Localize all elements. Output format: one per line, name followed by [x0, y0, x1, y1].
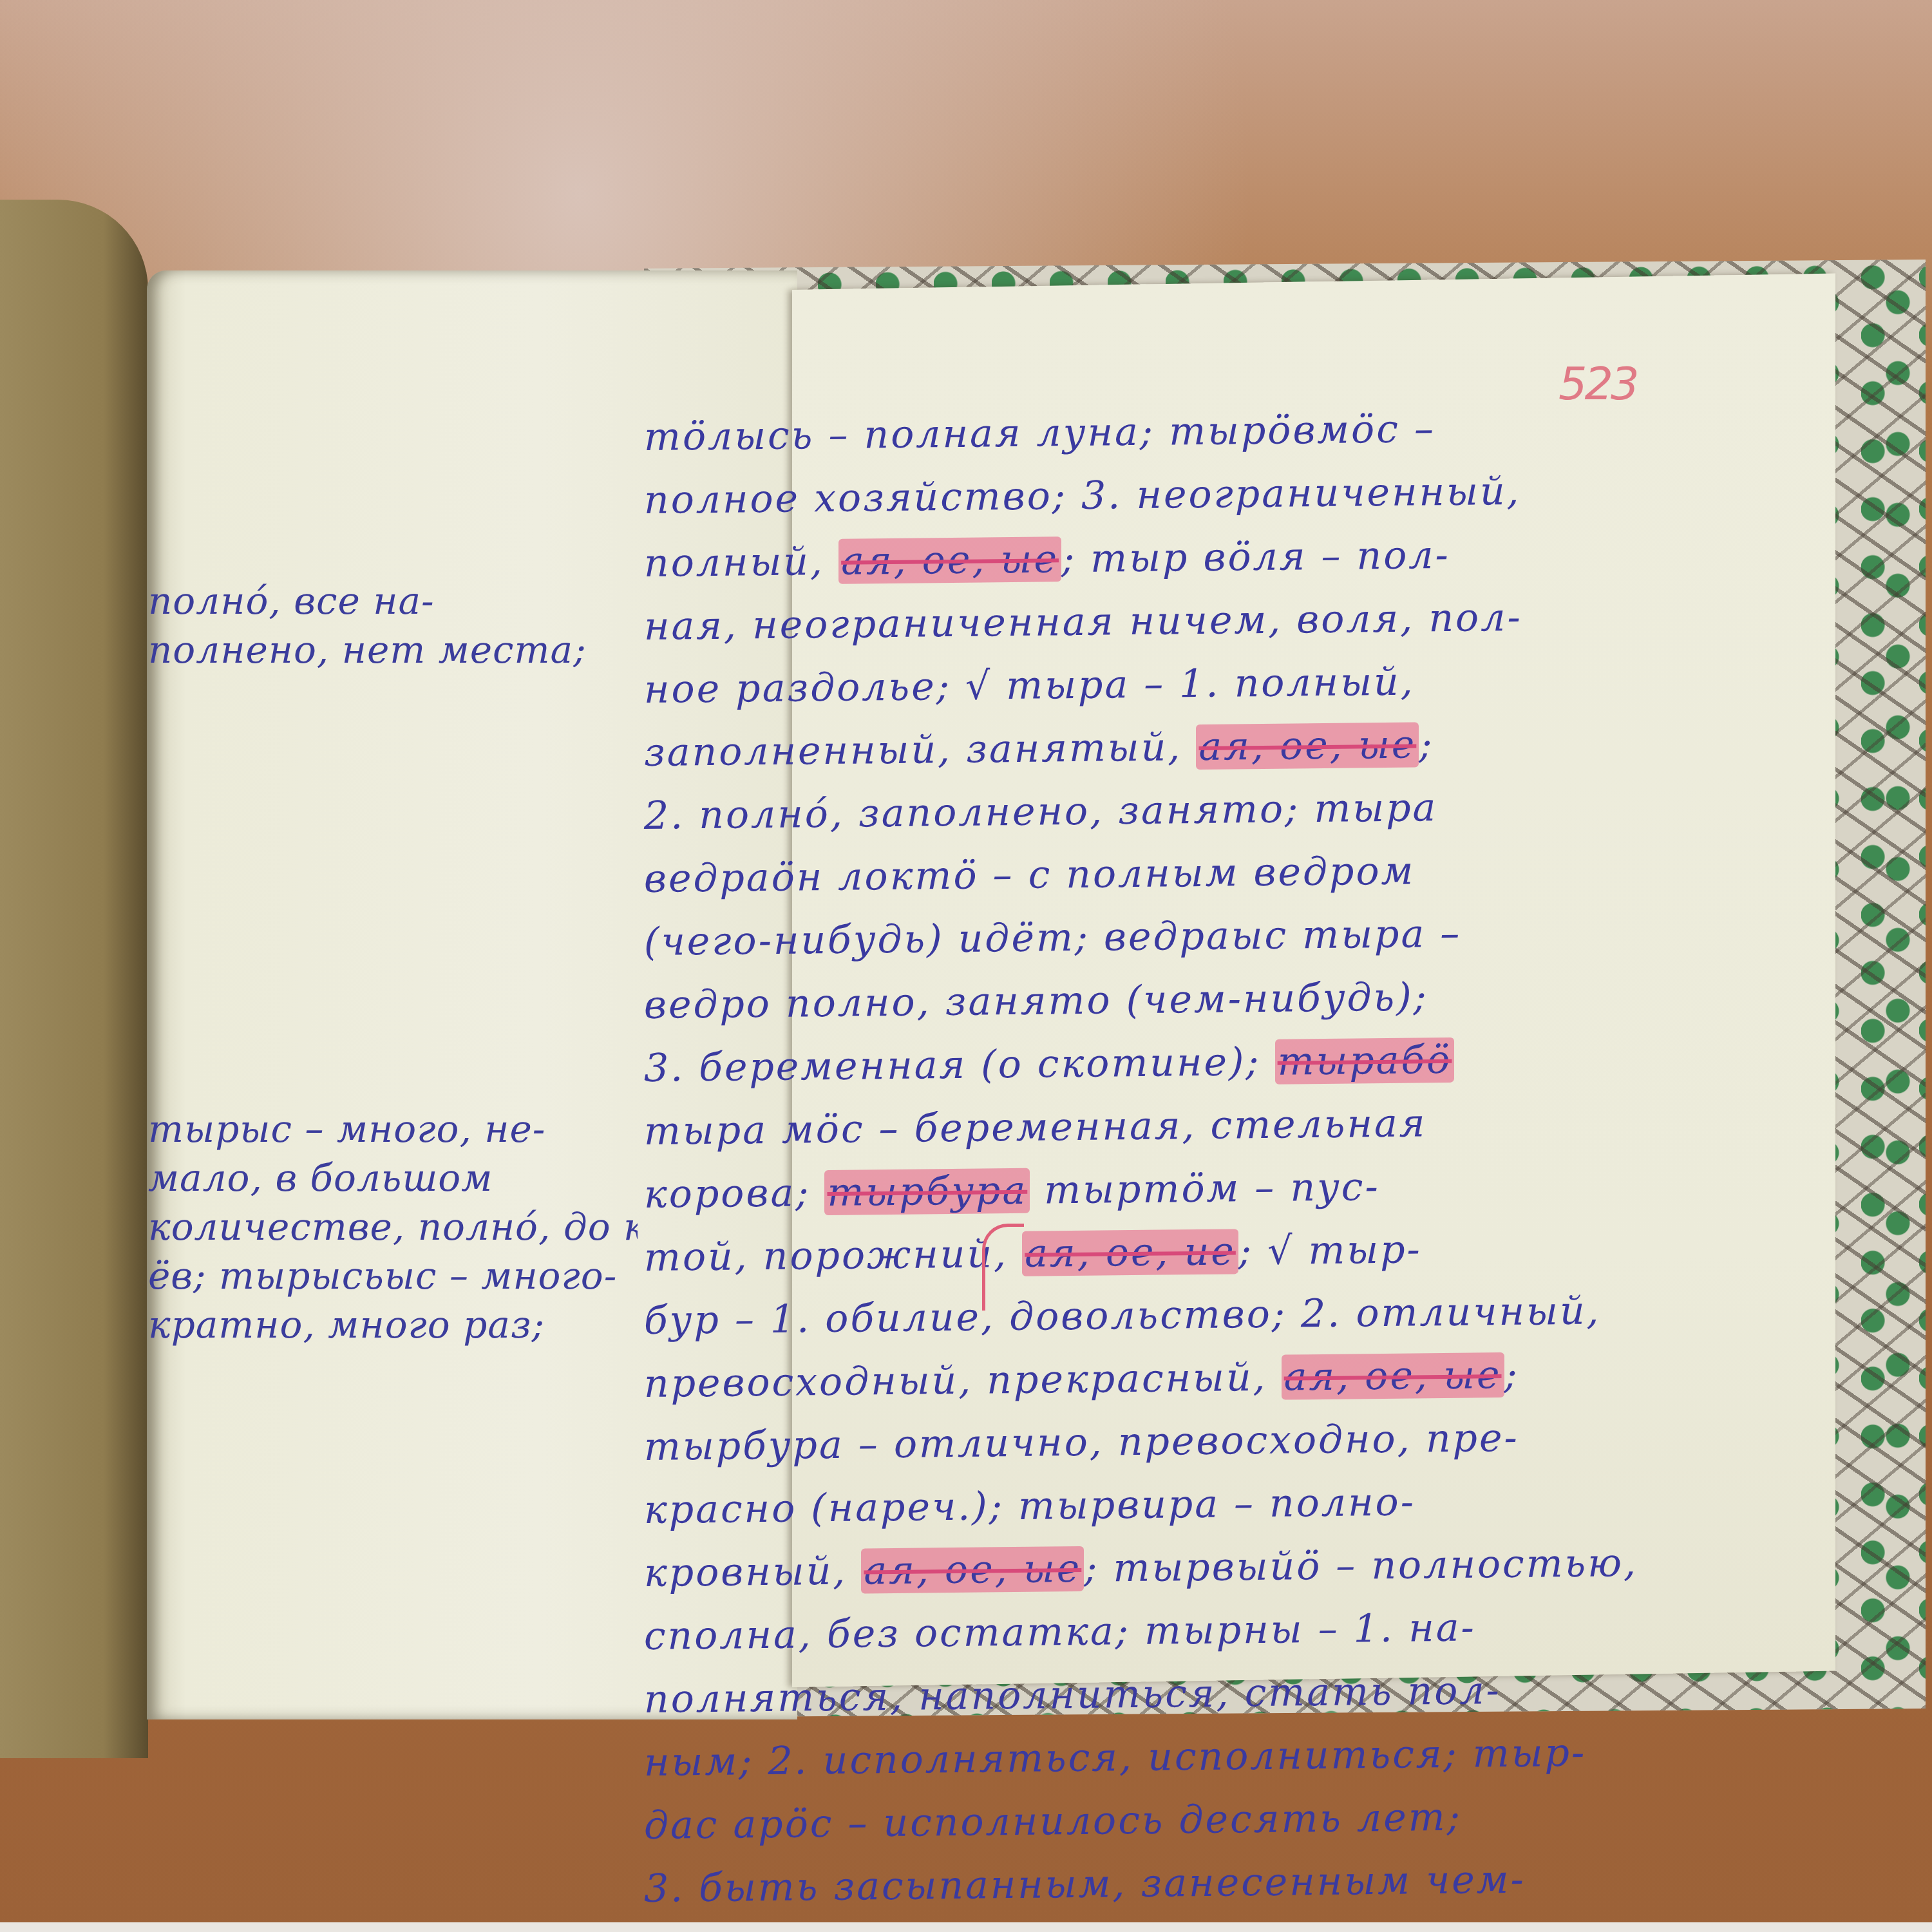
line-pre: кровный, [644, 1548, 861, 1596]
text-line: 2. полнó, заполнено, занято; тыра [644, 773, 1752, 848]
text-line: той, порожний, ая, ое, ие; √ тыр- [644, 1215, 1752, 1289]
left-text-line: полнено, нет места; [148, 625, 638, 674]
line-pre: 3. беременная (о скотине); [644, 1039, 1275, 1091]
line-post: ; тырвыйӧ – полностью, [1084, 1540, 1638, 1591]
line-post: ; [1504, 1352, 1519, 1397]
red-insertion-arrow-icon [982, 1224, 1024, 1311]
line-post: ; √ тыр- [1238, 1227, 1422, 1274]
text-line: ведро полно, занято (чем-нибудь); [644, 962, 1752, 1037]
struck-ending: ая, ое, ые [1282, 1352, 1504, 1400]
line-pre: превосходный, прекрасный, [644, 1355, 1282, 1406]
dictionary-entry-text: тӧлысь – полная луна; тырӧвмӧс – полное … [644, 394, 1752, 1920]
text-line: (чего-нибудь) идёт; ведраыс тыра – [644, 899, 1752, 974]
text-line: ное раздолье; √ тыра – 1. полный, [644, 647, 1752, 721]
text-line: кровный, ая, ое, ые; тырвыйӧ – полностью… [644, 1530, 1752, 1605]
struck-ending: ая, ое, ие [1022, 1229, 1238, 1276]
text-line: ным; 2. исполняться, исполниться; тыр- [644, 1719, 1752, 1794]
left-text-line: мало, в большом [148, 1153, 638, 1202]
left-text-line: количестве, полнó, до кра- [148, 1202, 638, 1251]
text-line: заполненный, занятый, ая, ое, ые; [644, 710, 1752, 784]
notebook-left-cover [0, 200, 148, 1758]
struck-word: тырабӧ [1275, 1037, 1455, 1084]
struck-word: тырбура [824, 1168, 1030, 1215]
text-line: тӧлысь – полная луна; тырӧвмӧс – [644, 394, 1752, 469]
struck-ending: ая, ое, ые [1196, 722, 1419, 770]
text-line: красно (нареч.); тырвира – полно- [644, 1467, 1752, 1542]
left-page-fragment-top: полнó, все на- полнено, нет места; [148, 576, 638, 674]
text-line: тыра мӧс – беременная, стельная [644, 1088, 1752, 1163]
text-line: полняться, наполниться, стать пол- [644, 1656, 1752, 1731]
text-line: 3. беременная (о скотине); тырабӧ [644, 1025, 1752, 1100]
text-line: корова; тырбура тыртӧм – пус- [644, 1151, 1752, 1226]
text-line: 3. быть засыпанным, занесенным чем- [644, 1846, 1752, 1920]
text-line: бур – 1. обилие, довольство; 2. отличный… [644, 1278, 1752, 1352]
left-text-line: полнó, все на- [148, 576, 638, 625]
struck-ending: ая, ое, ые [861, 1546, 1084, 1594]
left-page-fragment-bottom: тырыс – много, не- мало, в большом колич… [148, 1104, 638, 1349]
text-line: сполна, без остатка; тырны – 1. на- [644, 1593, 1752, 1668]
left-text-line: ёв; тырысьыс – много- [148, 1251, 638, 1300]
line-pre: полный, [644, 539, 838, 586]
line-pre: той, порожний, [644, 1231, 1022, 1280]
text-line: тырбура – отлично, превосходно, пре- [644, 1404, 1752, 1479]
text-line: ная, неограниченная ничем, воля, пол- [644, 583, 1752, 658]
line-post: ; тыр вӧля – пол- [1061, 533, 1450, 582]
text-line: превосходный, прекрасный, ая, ое, ые; [644, 1341, 1752, 1416]
text-line: полный, ая, ое, ые; тыр вӧля – пол- [644, 520, 1752, 595]
line-pre: корова; [644, 1170, 824, 1217]
line-pre: заполненный, занятый, [644, 724, 1196, 775]
text-line: полное хозяйство; 3. неограниченный, [644, 457, 1752, 532]
line-post: тыртӧм – пус- [1030, 1164, 1379, 1213]
struck-ending: ая, ое, ые [838, 536, 1061, 584]
left-text-line: кратно, много раз; [148, 1300, 638, 1349]
bottom-edge-strip [0, 1922, 1932, 1932]
text-line: дас арӧс – исполнилось десять лет; [644, 1783, 1752, 1857]
text-line: ведраӧн локтӧ – с полным ведром [644, 836, 1752, 911]
line-post: ; [1419, 722, 1434, 767]
left-text-line: тырыс – много, не- [148, 1104, 638, 1153]
